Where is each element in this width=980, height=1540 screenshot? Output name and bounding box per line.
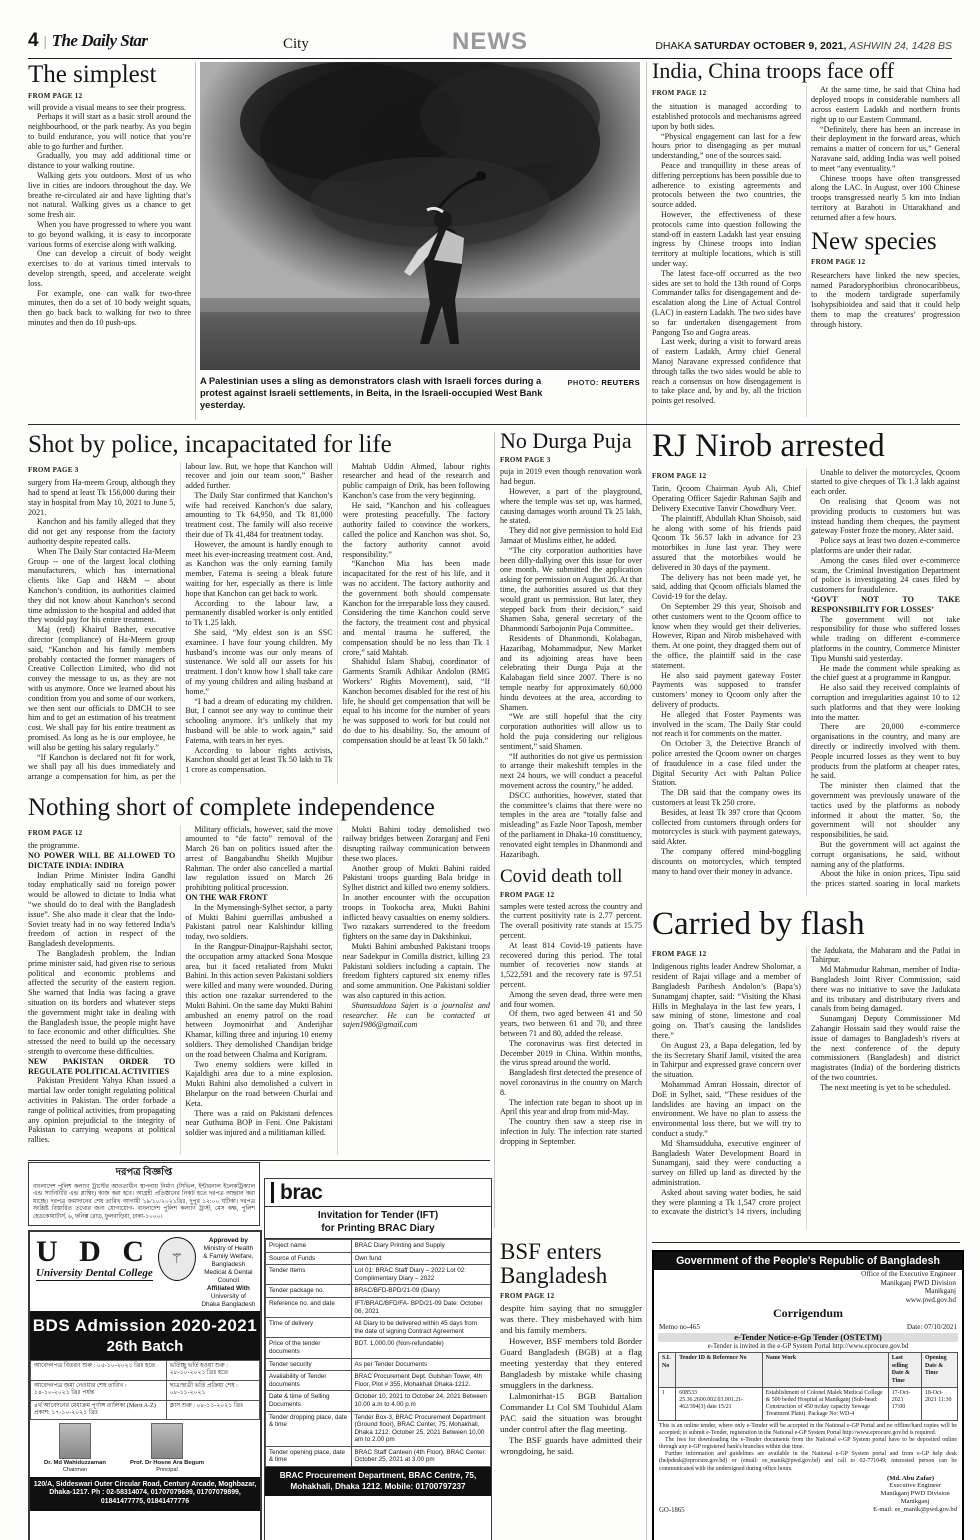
paragraph: Sunamganj Deputy Commissioner Md Zahangi… bbox=[811, 1014, 960, 1083]
etender-notice-line: e-Tender Notice-e-Gp Tender (OSTETM) bbox=[658, 1333, 958, 1342]
from-page-label: FROM PAGE 12 bbox=[652, 89, 801, 99]
table-header-cell: Tender ID & Reference No bbox=[676, 1353, 762, 1388]
paragraph: Researchers have linked the new species,… bbox=[811, 271, 960, 330]
table-cell: 608533 25.36.2600.002.03.001.21-462/394(… bbox=[676, 1388, 762, 1421]
udc-logo-row: U D C University Dental College ⚚ Approv… bbox=[30, 1232, 260, 1311]
table-header-cell: Name Work bbox=[762, 1353, 888, 1388]
paragraph: “Physical engagement can last for a few … bbox=[652, 132, 801, 161]
paragraph: Gradually, you may add additional time o… bbox=[28, 151, 191, 171]
photo-credit: PHOTO: REUTERS bbox=[567, 377, 640, 389]
table-row: আবেদনপত্র বিতরণ শুরু : ০৫-১০-২০২১ খ্রিঃ … bbox=[31, 1361, 260, 1381]
table-cell: BRAC Staff Canteen (4th Floor), BRAC Cen… bbox=[351, 1446, 491, 1466]
table-cell: IFT/BRAC/BFD/FA- BPD/21-09 Date: October… bbox=[351, 1297, 491, 1317]
article-shot-by-police: Shot by police, incapacitated for life F… bbox=[28, 432, 490, 784]
table-row: Project nameBRAC Diary Printing and Supp… bbox=[266, 1240, 491, 1253]
table-row: Tender opening place, date & timeBRAC St… bbox=[266, 1446, 491, 1466]
paragraph: The BSF guards have admitted their wrong… bbox=[500, 1435, 642, 1457]
paragraph: Md Shamsudduha, executive engineer of Ba… bbox=[652, 1139, 801, 1188]
paragraph: On October 3, the Detective Branch of po… bbox=[652, 739, 801, 788]
brac-header: brac bbox=[265, 1179, 491, 1207]
portrait-photo bbox=[151, 1423, 183, 1459]
paragraph: According to labour rights activists, Ka… bbox=[185, 746, 332, 775]
udc-schedule-table: আবেদনপত্র বিতরণ শুরু : ০৫-১০-২০২১ খ্রিঃ … bbox=[30, 1360, 260, 1420]
brac-tender-title: Invitation for Tender (IFT) for Printing… bbox=[265, 1207, 491, 1239]
table-cell: October 10, 2021 to October 24, 2021 Bet… bbox=[351, 1391, 491, 1411]
article-text: Tarin, Qcoom Chairman Ayub Ali, Chief Op… bbox=[652, 468, 960, 896]
page-number: 4 bbox=[28, 30, 39, 51]
table-cell: Project name bbox=[266, 1240, 352, 1253]
table-cell: BRAC Procurement Dept. Gulshan Tower, 4t… bbox=[351, 1371, 491, 1391]
table-row: S.L NoTender ID & Reference NoName WorkL… bbox=[659, 1353, 958, 1388]
table-cell: আবেদনপত্র জমা নেওয়ার শেষ তারিখ : ১৪-১০-… bbox=[31, 1380, 167, 1400]
paragraph: surgery from Ha-meem Group, although the… bbox=[28, 478, 175, 517]
paragraph: Two enemy soldiers were killed in Kajald… bbox=[185, 1060, 332, 1109]
article-body: samples were tested across the country a… bbox=[500, 902, 642, 1147]
table-header-cell: Last selling Date & Time bbox=[888, 1353, 921, 1388]
college-crest-icon: ⚚ bbox=[158, 1237, 196, 1281]
article-subhead: NO POWER WILL BE ALLOWED TO DICTATE INDI… bbox=[28, 851, 175, 871]
paragraph: “Kanchon Mia has been made incapacitated… bbox=[343, 559, 490, 657]
udc-college-name: University Dental College bbox=[36, 1267, 153, 1281]
paragraph: Manikganj bbox=[864, 1498, 957, 1506]
corrigendum-footer: GO-1865 (Md. Abu Zafar)Executive Enginee… bbox=[654, 1475, 962, 1516]
paragraph: At the same time, he said that China had… bbox=[811, 85, 960, 124]
paragraph: There are 20,000 e-commerce organisation… bbox=[811, 722, 960, 781]
dateline-city: DHAKA bbox=[655, 40, 694, 52]
person-name: Dr. Md Wahiduzzaman bbox=[36, 1460, 114, 1467]
table-cell: Lot 01: BRAC Staff Diary – 2022 Lot 02: … bbox=[351, 1265, 491, 1285]
paragraph: Last week, during a visit to forward are… bbox=[652, 337, 801, 406]
paragraph: Mukti Bahini today demolished two railwa… bbox=[343, 825, 490, 864]
paragraph: In the Rangpur-Dinajpur-Rajshahi sector,… bbox=[185, 942, 332, 1060]
paragraph: Besides, at least Tk 397 crore that Qcoo… bbox=[652, 808, 801, 847]
paragraph: Chinese troops have often transgressed a… bbox=[811, 174, 960, 223]
corrigendum-terms: This is an online tender, where only e-T… bbox=[654, 1421, 962, 1475]
paragraph: “Definitely, there has been an increase … bbox=[811, 125, 960, 174]
table-cell: Tender dropping place, date & time bbox=[266, 1411, 352, 1446]
paragraph: One can develop a circuit of body weight… bbox=[28, 249, 191, 288]
paragraph: The next meeting is yet to be scheduled. bbox=[811, 1083, 960, 1093]
article-subhead: NEW PAKISTAN ORDER TO REGULATE POLITICAL… bbox=[28, 1057, 175, 1077]
table-cell: Time of delivery bbox=[266, 1318, 352, 1338]
brac-logo: brac bbox=[271, 1182, 322, 1203]
headline: Shot by police, incapacitated for life bbox=[28, 432, 490, 458]
paragraph: the situation is managed according to es… bbox=[652, 102, 801, 131]
table-row: আবেদনপত্র জমা নেওয়ার শেষ তারিখ : ১৪-১০-… bbox=[31, 1380, 260, 1400]
paragraph: When The Daily Star contacted Ha-Meem Gr… bbox=[28, 547, 175, 625]
table-row: Tender securityAs per Tender Documents bbox=[266, 1358, 491, 1371]
table-row: Tender ItemsLot 01: BRAC Staff Diary – 2… bbox=[266, 1265, 491, 1285]
table-row: Source of FundsOwn fund bbox=[266, 1252, 491, 1265]
headline: Carried by flash bbox=[652, 908, 960, 942]
article-body: FROM PAGE 12 Indigenous rights leader An… bbox=[652, 946, 960, 1230]
paragraph: He alleged that Foster Payments was invo… bbox=[652, 710, 801, 739]
divider bbox=[28, 1160, 490, 1161]
paragraph: puja in 2019 even though renovation work… bbox=[500, 467, 642, 487]
udc-logo: U D C University Dental College bbox=[36, 1237, 153, 1281]
table-cell: All Diary to be delivered within 45 days… bbox=[351, 1318, 491, 1338]
paragraph: Walking gets you outdoors. Most of us wh… bbox=[28, 171, 191, 220]
paragraph: Office of the Executive Engineer bbox=[654, 1270, 962, 1279]
person-role: Chairman bbox=[36, 1467, 114, 1474]
ad-bengali-tender-notice: দরপত্র বিজ্ঞপ্তি বাংলাদেশ পুলিশ কল্যাণ ট… bbox=[28, 1162, 260, 1226]
from-page-label: FROM PAGE 12 bbox=[28, 829, 175, 839]
memo-row: Memo no-465 Date: 07/10/2021 bbox=[654, 1323, 962, 1331]
table-row: Availability of Tender documentsBRAC Pro… bbox=[266, 1371, 491, 1391]
paragraph: Mohammad Amran Hossain, director of DoE … bbox=[652, 1080, 801, 1139]
table-cell: ৪র্থ আবেদনের মেধাক্রম পূর্ণাঙ্গ তালিকা (… bbox=[31, 1400, 167, 1420]
paragraph: Mukti Bahini ambushed Pakistani troops n… bbox=[343, 942, 490, 1001]
paragraph: “I had a dream of educating my children.… bbox=[185, 697, 332, 746]
article-body: FROM PAGE 12 Tarin, Qcoom Chairman Ayub … bbox=[652, 468, 960, 896]
paragraph: There was a raid on Pakistani defences n… bbox=[185, 1109, 332, 1138]
paragraph: Mahtab Uddin Ahmed, labour rights resear… bbox=[343, 462, 490, 501]
title-line2: for Printing BRAC Diary bbox=[267, 1223, 489, 1236]
paragraph: www.pwd.gov.bd bbox=[654, 1296, 962, 1305]
headline: The simplest bbox=[28, 62, 191, 88]
paragraph: University of Dhaka Bangladesh bbox=[201, 1293, 256, 1309]
article-bsf-enters: BSF enters Bangladesh FROM PAGE 12 despi… bbox=[500, 1240, 642, 1540]
from-page-label: FROM PAGE 12 bbox=[28, 92, 191, 100]
headline: RJ Nirob arrested bbox=[652, 430, 960, 464]
table-cell: Reference no. and date bbox=[266, 1297, 352, 1317]
article-rj-nirob: RJ Nirob arrested FROM PAGE 12 Tarin, Qc… bbox=[652, 430, 960, 896]
table-row: Tender dropping place, date & timeTender… bbox=[266, 1411, 491, 1446]
article-no-durga-puja: No Durga Puja FROM PAGE 3 puja in 2019 e… bbox=[500, 430, 642, 859]
office-lines: Office of the Executive EngineerManikgan… bbox=[654, 1270, 962, 1304]
paragraph: On September 29 this year, Shoisob and o… bbox=[652, 602, 801, 671]
paragraph: Executive Engineer bbox=[864, 1482, 957, 1490]
paragraph: “We are still hopeful that the city corp… bbox=[500, 712, 642, 751]
paragraph: Of them, two aged between 41 and 50 year… bbox=[500, 1009, 642, 1038]
paragraph: Kanchon and his family alleged that they… bbox=[28, 517, 175, 546]
article-body: puja in 2019 even though renovation work… bbox=[500, 467, 642, 859]
paragraph: She said, “My eldest son is an SSC exami… bbox=[185, 628, 332, 697]
dateline-bengali-calendar: ASHWIN 24, 1428 BS bbox=[849, 40, 952, 52]
paragraph: Lalmonirhat-15 BGB Battalion Commander L… bbox=[500, 1391, 642, 1435]
paragraph: He also said they received complaints of… bbox=[811, 683, 960, 722]
divider bbox=[646, 62, 647, 1540]
table-cell: Tender security bbox=[266, 1358, 352, 1371]
table-cell: আবেদনপত্র বিতরণ শুরু : ০৫-১০-২০২১ খ্রিঃ … bbox=[31, 1361, 167, 1381]
news-section-label: NEWS bbox=[440, 28, 540, 56]
paragraph: The fees for downloading the e-Tender do… bbox=[659, 1437, 957, 1451]
paragraph: He said, “Kanchon and his colleagues wer… bbox=[343, 501, 490, 560]
article-text: surgery from Ha-meem Group, although the… bbox=[28, 462, 490, 784]
article-body: will provide a visual means to see their… bbox=[28, 103, 191, 417]
paragraph: despite him saying that no smuggler was … bbox=[500, 1303, 642, 1336]
headline: India, China troops face off bbox=[652, 60, 960, 82]
brac-footer-bar: BRAC Procurement Department, BRAC Centre… bbox=[265, 1467, 491, 1496]
ad-title: দরপত্র বিজ্ঞপ্তি bbox=[29, 1165, 259, 1182]
headline: No Durga Puja bbox=[500, 430, 642, 452]
paragraph: will provide a visual means to see their… bbox=[28, 103, 191, 113]
person-role: Principal bbox=[128, 1467, 206, 1474]
table-row: Reference no. and dateIFT/BRAC/BFD/FA- B… bbox=[266, 1297, 491, 1317]
paragraph: Residents of Dhanmondi, Kolabagan, Hazar… bbox=[500, 634, 642, 712]
etender-table: S.L NoTender ID & Reference NoName WorkL… bbox=[658, 1352, 958, 1421]
paragraph: The coronavirus was first detected in De… bbox=[500, 1039, 642, 1068]
article-subhead: ‘GOVT NOT TO TAKE RESPONSIBILITY FOR LOS… bbox=[811, 595, 960, 615]
table-cell: As per Tender Documents bbox=[351, 1358, 491, 1371]
paragraph: Among the cases filed over e-commerce sc… bbox=[811, 556, 960, 595]
paragraph: Peace and tranquillity in these areas of… bbox=[652, 161, 801, 210]
paragraph: Manikganj bbox=[654, 1287, 962, 1296]
banner-line1: BDS Admission 2020-2021 bbox=[32, 1316, 258, 1336]
photo-credit-label: PHOTO: bbox=[567, 378, 598, 387]
dateline-date: SATURDAY OCTOBER 9, 2021, bbox=[694, 40, 849, 52]
photo-caption-text: A Palestinian uses a sling as demonstrat… bbox=[200, 376, 542, 410]
column-durga-covid: No Durga Puja FROM PAGE 3 puja in 2019 e… bbox=[500, 430, 642, 1228]
from-page-label: FROM PAGE 12 bbox=[652, 472, 801, 482]
person-principal: Prof. Dr Hosne Ara Begum Principal bbox=[128, 1423, 206, 1473]
signature-block: (Md. Abu Zafar)Executive EngineerManikga… bbox=[864, 1475, 957, 1514]
from-page-label: FROM PAGE 3 bbox=[500, 456, 642, 464]
paragraph: Pakistan President Yahya Khan issued a m… bbox=[28, 1076, 175, 1145]
ad-university-dental-college: U D C University Dental College ⚚ Approv… bbox=[28, 1230, 262, 1540]
paragraph: They did not give permission to hold Eid… bbox=[500, 526, 642, 546]
page-header: 4|The Daily Star City NEWS DHAKA SATURDA… bbox=[28, 30, 952, 59]
paragraph: On August 23, a Bapa delegation, led by … bbox=[652, 1041, 801, 1080]
article-india-china: India, China troops face off FROM PAGE 1… bbox=[652, 60, 960, 417]
article-body: FROM PAGE 3 surgery from Ha-meem Group, … bbox=[28, 462, 490, 784]
paragraph: However, the effectiveness of these prot… bbox=[652, 210, 801, 269]
paragraph: Military officials, however, said the mo… bbox=[185, 825, 332, 894]
table-header-cell: S.L No bbox=[659, 1353, 676, 1388]
table-cell: ছাত্র/ছাত্রী ভর্তি প্রক্রিয়া শেষ : ০৮-১… bbox=[166, 1380, 259, 1400]
table-cell: Tender Items bbox=[266, 1265, 352, 1285]
paragraph: The latest face-off occurred as the two … bbox=[652, 269, 801, 338]
paragraph: The DB said that the company owes its cu… bbox=[652, 788, 801, 808]
article-body: FROM PAGE 12 the programme.NO POWER WILL… bbox=[28, 825, 490, 1155]
divider bbox=[494, 432, 495, 1228]
paragraph: “If authorities do not give us permissio… bbox=[500, 752, 642, 791]
paragraph: The Daily Star confirmed that Kanchon’s … bbox=[185, 491, 332, 540]
ad-brac-tender: brac Invitation for Tender (IFT) for Pri… bbox=[264, 1178, 492, 1540]
government-header-bar: Government of the People's Republic of B… bbox=[654, 1252, 962, 1270]
article-text: the programme.NO POWER WILL BE ALLOWED T… bbox=[28, 825, 490, 1155]
paragraph: Maj (retd) Khairul Basher, executive dir… bbox=[28, 625, 175, 752]
headline: New species bbox=[811, 229, 960, 255]
section-label: City bbox=[283, 36, 309, 53]
article-covid-death-toll: Covid death toll FROM PAGE 12 samples we… bbox=[500, 867, 642, 1146]
table-cell: Availability of Tender documents bbox=[266, 1371, 352, 1391]
paragraph: Ministry of Health & Family Welfare, bbox=[201, 1245, 256, 1261]
from-page-label: FROM PAGE 12 bbox=[500, 1292, 642, 1300]
table-cell: 1 bbox=[659, 1388, 676, 1421]
udc-admission-banner: BDS Admission 2020-2021 26th Batch bbox=[30, 1311, 260, 1360]
paragraph: The minister then claimed that the gover… bbox=[811, 781, 960, 840]
paragraph: The Bangladesh problem, the Indian prime… bbox=[28, 949, 175, 1057]
paragraph: Shahidul Islam Shabuj, coordinator of Ga… bbox=[343, 657, 490, 745]
masthead-logo: The Daily Star bbox=[52, 31, 148, 50]
table-cell: Tender opening place, date & time bbox=[266, 1446, 352, 1466]
paragraph: Bangladesh Medical & Dental Council bbox=[201, 1261, 256, 1285]
paragraph: However, a part of the playground, where… bbox=[500, 487, 642, 526]
article-the-simplest: The simplest FROM PAGE 12 will provide a… bbox=[28, 62, 191, 417]
paragraph: Unable to deliver the motorcycles, Qcoom… bbox=[811, 468, 960, 497]
table-cell: Source of Funds bbox=[266, 1252, 352, 1265]
title-line1: Invitation for Tender (IFT) bbox=[267, 1210, 489, 1223]
paragraph: Manikganj PWD Division bbox=[654, 1279, 962, 1288]
news-photo-block: PHOTO: REUTERS A Palestinian uses a slin… bbox=[200, 62, 640, 411]
paragraph: In the Mymensingh-Sylhet sector, a party… bbox=[185, 903, 332, 942]
udc-letters: U D C bbox=[36, 1237, 153, 1267]
ad-government-corrigendum: Government of the People's Republic of B… bbox=[652, 1250, 964, 1540]
header-divider: | bbox=[39, 34, 52, 50]
article-body: despite him saying that no smuggler was … bbox=[500, 1303, 642, 1457]
paragraph: Perhaps it will start as a basic stroll … bbox=[28, 112, 191, 151]
table-cell: Price of the tender documents bbox=[266, 1338, 352, 1358]
article-body: FROM PAGE 12 the situation is managed ac… bbox=[652, 85, 960, 417]
table-cell: Tender package no. bbox=[266, 1285, 352, 1298]
paragraph: The government will not take responsibil… bbox=[811, 615, 960, 664]
table-cell: Own fund bbox=[351, 1252, 491, 1265]
paragraph: According to the labour law, a permanent… bbox=[185, 599, 332, 628]
table-row: Tender package no.BRAC/BFD-BPD/21-09 (Di… bbox=[266, 1285, 491, 1298]
person-name: Prof. Dr Hosne Ara Begum bbox=[128, 1460, 206, 1467]
paragraph: He made the comment while speaking as th… bbox=[811, 664, 960, 684]
dateline: DHAKA SATURDAY OCTOBER 9, 2021, ASHWIN 2… bbox=[655, 40, 952, 52]
headline: BSF enters Bangladesh bbox=[500, 1240, 642, 1288]
table-row: Date & time of Selling DocumentsOctober … bbox=[266, 1391, 491, 1411]
table-cell: BRAC Diary Printing and Supply bbox=[351, 1240, 491, 1253]
paragraph: Indigenous rights leader Andrew Sholomar… bbox=[652, 962, 801, 1040]
udc-address-bar: 120/A, Siddeswari Outer Circular Road, C… bbox=[30, 1477, 260, 1511]
banner-line2: 26th Batch bbox=[32, 1338, 258, 1355]
paragraph: For example, one can walk for two-three … bbox=[28, 289, 191, 328]
headline: Covid death toll bbox=[500, 867, 642, 886]
paragraph: “The city corporation authorities have b… bbox=[500, 546, 642, 634]
paragraph: Bangladesh first detected the presence o… bbox=[500, 1068, 642, 1097]
notice-code: GO-1865 bbox=[659, 1507, 685, 1514]
table-row: 1608533 25.36.2600.002.03.001.21-462/394… bbox=[659, 1388, 958, 1421]
table-cell: BRAC/BFD-BPD/21-09 (Diary) bbox=[351, 1285, 491, 1298]
paragraph: E-mail: ee_manik@pwd.gov.bd bbox=[864, 1506, 957, 1514]
article-subhead: Shamsuddoza Sajen is a journalist and re… bbox=[343, 1001, 490, 1030]
paragraph: The delivery has not been made yet, he s… bbox=[652, 573, 801, 602]
photo-ground-shading bbox=[200, 300, 640, 370]
table-cell: Tender Box-3, BRAC Procurement Departmen… bbox=[351, 1411, 491, 1446]
table-row: Price of the tender documentsBDT. 1,000.… bbox=[266, 1338, 491, 1358]
portrait-photo bbox=[59, 1423, 91, 1459]
paragraph: (Md. Abu Zafar) bbox=[864, 1475, 957, 1483]
table-row: Time of deliveryAll Diary to be delivere… bbox=[266, 1318, 491, 1338]
ad-body: বাংলাদেশ পুলিশ কল্যাণ ট্রাস্টের আওতাধীন … bbox=[29, 1184, 259, 1224]
article-text: Researchers have linked the new species,… bbox=[811, 271, 960, 330]
article-carried-by-flash: Carried by flash FROM PAGE 12 Indigenous… bbox=[652, 908, 960, 1230]
article-subhead: Approved by bbox=[201, 1237, 256, 1245]
udc-people-row: Dr. Md Wahiduzzaman Chairman Prof. Dr Ho… bbox=[30, 1420, 260, 1476]
article-subhead: Affiliated With bbox=[201, 1285, 256, 1293]
from-page-label: FROM PAGE 12 bbox=[652, 950, 801, 960]
from-page-label: FROM PAGE 3 bbox=[28, 466, 175, 476]
corrigendum-title: Corrigendum bbox=[654, 1306, 962, 1321]
from-page-label: FROM PAGE 12 bbox=[500, 891, 642, 899]
paragraph: Another group of Mukti Bahini raided Pak… bbox=[343, 864, 490, 942]
from-page-label: FROM PAGE 12 bbox=[811, 258, 960, 268]
table-cell: 18-Oct-2021 11:30 bbox=[921, 1388, 957, 1421]
newspaper-page: 4|The Daily Star City NEWS DHAKA SATURDA… bbox=[0, 0, 980, 1540]
paragraph: Md Mahmudur Rahman, member of India-Bang… bbox=[811, 965, 960, 1014]
udc-approval-text: Approved byMinistry of Health & Family W… bbox=[201, 1237, 256, 1309]
paragraph: However, the amount is hardly enough to … bbox=[185, 540, 332, 599]
divider bbox=[28, 424, 960, 425]
memo-date: Date: 07/10/2021 bbox=[907, 1323, 957, 1331]
table-cell: Establishment of Colonel Malek Medical C… bbox=[762, 1388, 888, 1421]
paragraph: Among the seven dead, three were men and… bbox=[500, 990, 642, 1010]
paragraph: Police says at least two dozen e-commerc… bbox=[811, 536, 960, 556]
paragraph: But the government will act against the … bbox=[811, 840, 960, 869]
paragraph: the programme. bbox=[28, 841, 175, 851]
paragraph: This is an online tender, where only e-T… bbox=[659, 1423, 957, 1437]
divider bbox=[652, 1242, 960, 1243]
table-cell: 17-Oct-2021 17:00 bbox=[888, 1388, 921, 1421]
table-row: ৪র্থ আবেদনের মেধাক্রম পূর্ণাঙ্গ তালিকা (… bbox=[31, 1400, 260, 1420]
paragraph: On realising that Qcoom was not providin… bbox=[811, 497, 960, 536]
paragraph: Indian Prime Minister Indira Gandhi toda… bbox=[28, 871, 175, 949]
headline: Nothing short of complete independence bbox=[28, 795, 490, 821]
paragraph: The infection rate began to shoot up in … bbox=[500, 1098, 642, 1118]
paragraph: Manikganj PWD Division bbox=[864, 1490, 957, 1498]
article-subhead: ON THE WAR FRONT bbox=[185, 893, 332, 903]
person-chairman: Dr. Md Wahiduzzaman Chairman bbox=[36, 1423, 114, 1473]
paragraph: At least 814 Covid-19 patients have reco… bbox=[500, 941, 642, 990]
table-cell: ক্লাস শুরু : ০৮-১১-২০২১ খ্রিঃ bbox=[166, 1400, 259, 1420]
divider bbox=[195, 62, 196, 420]
paragraph: However, BSF members told Border Guard B… bbox=[500, 1336, 642, 1391]
table-cell: BDT. 1,000.00 (Non-refundable) bbox=[351, 1338, 491, 1358]
article-nothing-short: Nothing short of complete independence F… bbox=[28, 795, 490, 1155]
paragraph: samples were tested across the country a… bbox=[500, 902, 642, 941]
table-cell: Date & time of Selling Documents bbox=[266, 1391, 352, 1411]
paragraph: The company offered mind-boggling discou… bbox=[652, 847, 801, 876]
memo-number: Memo no-465 bbox=[659, 1323, 700, 1331]
photo-caption: PHOTO: REUTERS A Palestinian uses a slin… bbox=[200, 375, 640, 411]
paragraph: The plaintiff, Abdullah Khan Shoisob, sa… bbox=[652, 514, 801, 573]
paragraph: He also said payment gateway Foster Paym… bbox=[652, 671, 801, 710]
paragraph: Further information and guidelines are a… bbox=[659, 1451, 957, 1472]
table-cell: ভর্তিচ্ছু ভর্তি হওয়া শুরু : ২৮-১০-২০২১ … bbox=[166, 1361, 259, 1381]
article-text: Indigenous rights leader Andrew Sholomar… bbox=[652, 946, 960, 1230]
paragraph: DSCC authorities, however, stated that t… bbox=[500, 791, 642, 860]
brac-tender-table: Project nameBRAC Diary Printing and Supp… bbox=[265, 1239, 491, 1467]
table-header-cell: Opening Date & Time bbox=[921, 1353, 957, 1388]
news-photo bbox=[200, 62, 640, 370]
paragraph: When you have progressed to where you wa… bbox=[28, 220, 191, 249]
paragraph: Tarin, Qcoom Chairman Ayub Ali, Chief Op… bbox=[652, 484, 801, 513]
etender-invite-line: e-Tender is invited in the e-GP System P… bbox=[654, 1343, 962, 1350]
photo-credit-agency: REUTERS bbox=[601, 378, 640, 387]
paragraph: The country then saw a steep rise in inf… bbox=[500, 1117, 642, 1146]
